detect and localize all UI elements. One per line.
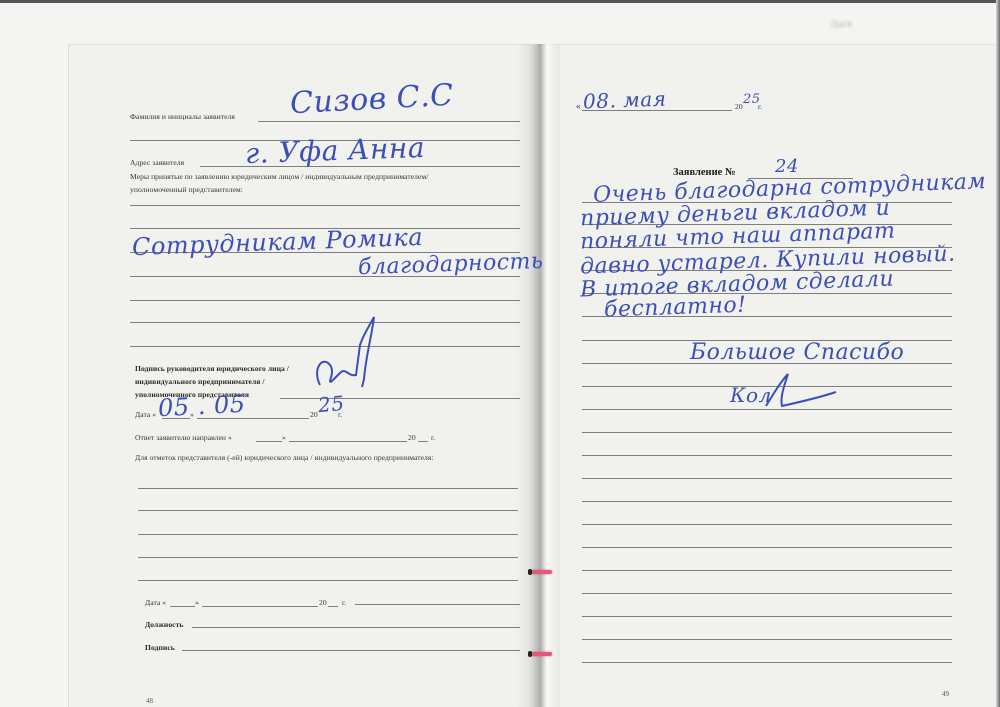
- ruled-line: [138, 557, 518, 558]
- ruled-line: [582, 455, 952, 456]
- reply-year-suffix: г.: [431, 433, 435, 442]
- head-signature-handwritten: [310, 315, 380, 395]
- date2-quote-close: »: [195, 598, 199, 607]
- date2-year-suffix: г.: [342, 598, 346, 607]
- ruled-line: [138, 580, 518, 581]
- left-page-number: 48: [146, 697, 153, 705]
- bleed-through-text: Ласк: [830, 17, 853, 31]
- date2-trailing-line: [355, 604, 520, 605]
- ruled-line: [138, 534, 518, 535]
- reply-quote-close: »: [282, 433, 286, 442]
- right-date-year-suffix: г.: [758, 102, 762, 111]
- right-date-year-prefix: 20: [735, 102, 743, 111]
- statement-body-line-6: бесплатно!: [604, 293, 747, 323]
- ruled-line: [582, 501, 952, 502]
- right-date-handwritten: 08. мая: [583, 87, 667, 114]
- applicant-signature-handwritten: [760, 372, 840, 412]
- reply-year-line: [418, 441, 428, 442]
- ruled-line: [582, 639, 952, 640]
- head-signature-line: [280, 398, 520, 399]
- reply-sent-label: Ответ заявителю направлен «: [135, 433, 232, 442]
- position-line: [192, 627, 520, 628]
- head-signature-label-line2: индивидуального предпринимателя /: [135, 377, 265, 386]
- ruled-line: [582, 662, 952, 663]
- reply-month-line: [289, 441, 407, 442]
- ruled-line: [582, 570, 952, 571]
- measures-label-line2: уполномоченный представителем:: [130, 185, 243, 194]
- date2-label: Дата «: [145, 598, 166, 607]
- ruled-line: [582, 616, 952, 617]
- ruled-line: [138, 488, 518, 489]
- date2-year-line: [328, 606, 338, 607]
- applicant-name-line: [258, 121, 520, 122]
- applicant-address-label: Адрес заявителя: [130, 158, 184, 167]
- date2-day-line: [170, 606, 195, 607]
- statement-closing: Большое Спасибо: [690, 340, 904, 365]
- ruled-line: [130, 205, 520, 206]
- binding-stitch: [530, 652, 552, 656]
- position-label: Должность: [145, 620, 183, 629]
- binding-stitch: [530, 570, 552, 574]
- reply-year-prefix: 20: [408, 433, 416, 442]
- scan-top-edge: [0, 0, 1000, 3]
- statement-label: Заявление №: [673, 167, 736, 178]
- ruled-line: [138, 510, 518, 511]
- date-year-prefix: 20: [310, 410, 318, 419]
- rep-notes-label: Для отметок представителя (-ей) юридичес…: [135, 453, 434, 462]
- applicant-name-label: Фамилия и инициалы заявителя: [130, 112, 235, 121]
- right-page-number: 49: [942, 690, 949, 698]
- applicant-address-handwritten: г. Уфа Анна: [244, 131, 425, 170]
- date-label: Дата «: [135, 410, 156, 419]
- date-day-month-handwritten: 05 . 05: [157, 390, 246, 423]
- ruled-line: [582, 524, 952, 525]
- signature-line: [182, 650, 520, 651]
- right-date-prefix: «: [576, 101, 581, 111]
- ruled-line: [582, 478, 952, 479]
- statement-number: 24: [775, 156, 799, 177]
- date2-month-line: [202, 606, 318, 607]
- measures-label-line1: Меры принятые по заявлению юридическим л…: [130, 172, 428, 181]
- date2-year-prefix: 20: [319, 598, 327, 607]
- ruled-line: [582, 432, 952, 433]
- scan-right-edge: [996, 0, 1000, 707]
- reply-day-line: [256, 441, 282, 442]
- ruled-line: [130, 300, 520, 301]
- date-year-suffix: г.: [338, 410, 342, 419]
- signature-label: Подпись: [145, 643, 175, 652]
- head-signature-label-line1: Подпись руководителя юридического лица /: [135, 364, 289, 373]
- ruled-line: [582, 593, 952, 594]
- ruled-line: [582, 547, 952, 548]
- binding-gutter: [516, 44, 560, 707]
